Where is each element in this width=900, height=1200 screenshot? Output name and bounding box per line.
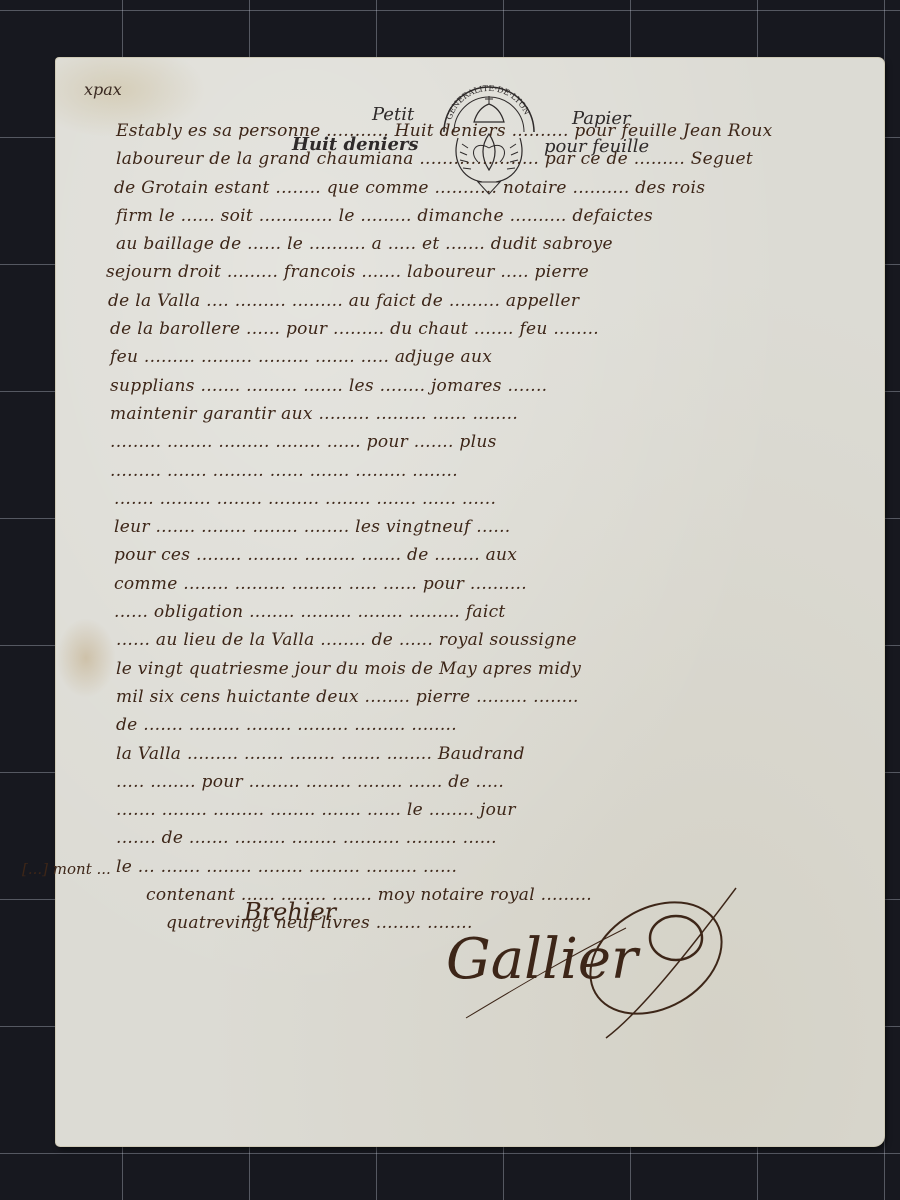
text-line: ...... obligation ........ ......... ...…: [86, 599, 886, 627]
text-line: de Grotain estant ........ que comme ...…: [86, 175, 886, 203]
margin-note: [...] mont ...: [22, 860, 111, 878]
signature-right-paraph-icon: Gallier: [426, 868, 746, 1048]
signature-right: Gallier: [446, 927, 641, 992]
text-line: ..... ........ pour ......... ........ .…: [86, 769, 886, 797]
text-line: ......... ....... ......... ...... .....…: [86, 458, 886, 486]
text-line: ....... de ....... ......... ........ ..…: [86, 825, 886, 853]
corner-note: xpax: [84, 80, 122, 99]
text-line: sejourn droit ......... francois .......…: [86, 259, 886, 287]
text-line: comme ........ ......... ......... .....…: [86, 571, 886, 599]
text-line: ....... ......... ........ ......... ...…: [86, 486, 886, 514]
text-line: ......... ........ ......... ........ ..…: [86, 429, 886, 457]
text-line: de la Valla .... ......... ......... au …: [86, 288, 886, 316]
text-line: feu ......... ......... ......... ......…: [86, 344, 886, 372]
text-line: la Valla ......... ....... ........ ....…: [86, 741, 886, 769]
signature-left: Brehier: [244, 898, 336, 926]
text-line: supplians ....... ......... ....... les …: [86, 373, 886, 401]
text-line: ....... ........ ......... ........ ....…: [86, 797, 886, 825]
text-line: au baillage de ...... le .......... a ..…: [86, 231, 886, 259]
handwritten-body: Estably es sa personne ........... Huit …: [86, 118, 886, 939]
text-line: mil six cens huictante deux ........ pie…: [86, 684, 886, 712]
text-line: de ....... ......... ........ ......... …: [86, 712, 886, 740]
document-sheet: xpax Petit Papier Huit deniers pour feui…: [56, 58, 884, 1146]
text-line: pour ces ........ ......... ......... ..…: [86, 542, 886, 570]
text-line: firm le ...... soit ............. le ...…: [86, 203, 886, 231]
text-line: laboureur de la grand chaumiana ........…: [86, 146, 886, 174]
text-line: le vingt quatriesme jour du mois de May …: [86, 656, 886, 684]
text-line: Estably es sa personne ........... Huit …: [86, 118, 886, 146]
text-line: ...... au lieu de la Valla ........ de .…: [86, 627, 886, 655]
text-line: leur ....... ........ ........ ........ …: [86, 514, 886, 542]
text-line: maintenir garantir aux ......... .......…: [86, 401, 886, 429]
text-line: de la barollere ...... pour ......... du…: [86, 316, 886, 344]
